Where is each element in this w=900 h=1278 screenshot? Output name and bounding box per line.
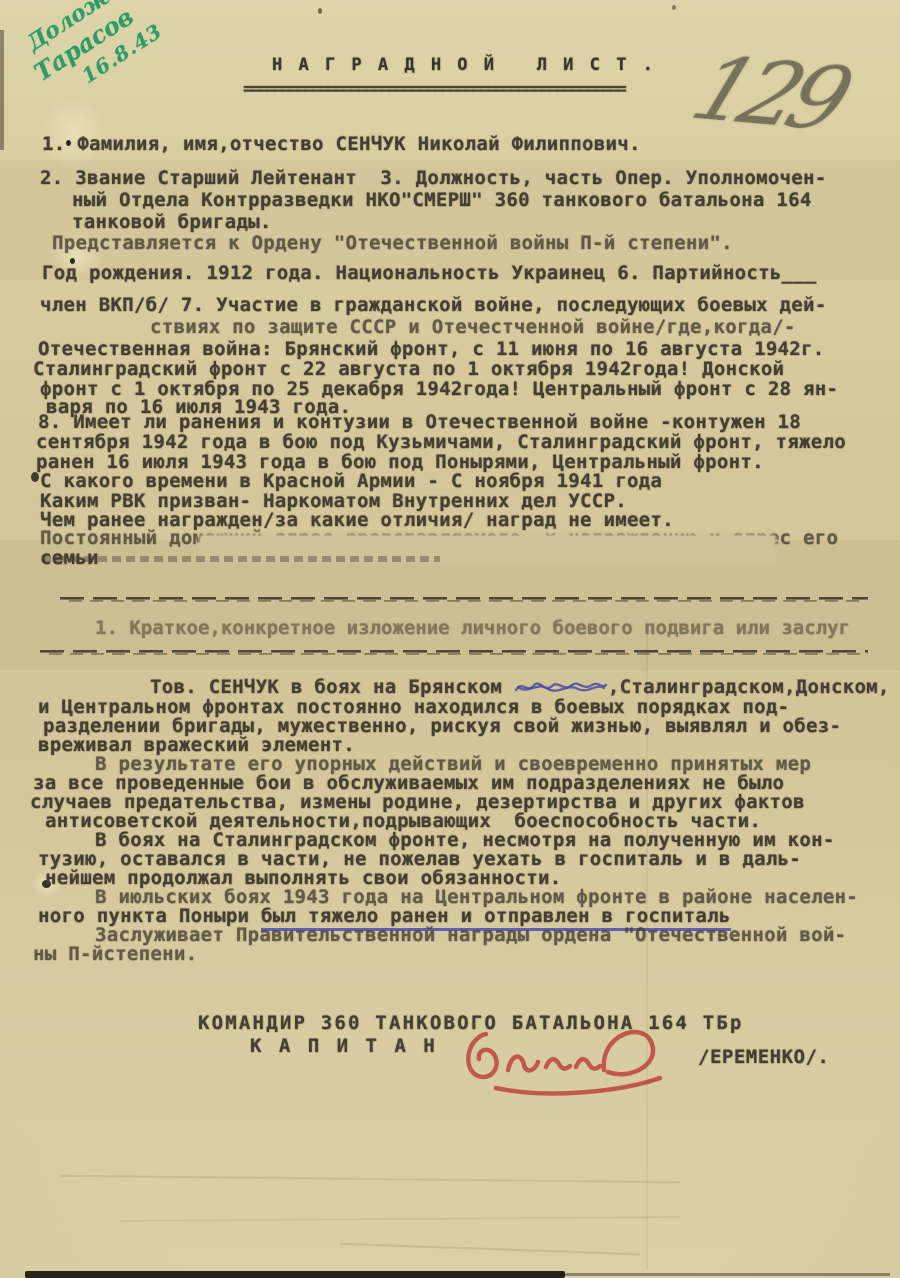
document-title: Н А Г Р А Д Н О Й Л И С Т . — [272, 55, 656, 75]
body-first-pre: Тов. СЕНЧУК в боях на Брянском — [150, 676, 514, 698]
signature-rank-line: К А П И Т А Н — [250, 1035, 438, 1057]
typed-line: Год рождения. 1912 года. Национальность … — [42, 262, 817, 284]
typed-line: член ВКП/б/ 7. Участие в гражданской вой… — [40, 294, 827, 316]
typed-line: танковой бригады. — [72, 211, 272, 233]
typed-line: ный Отдела Контрразведки НКО"СМЕРШ" 360 … — [72, 189, 812, 211]
typed-line: Тов. СЕНЧУК в боях на Брянском ,Сталингр… — [150, 676, 890, 698]
typed-line: Сталинградский фронт с 22 августа по 1 о… — [33, 358, 784, 380]
ink-scribble — [514, 678, 608, 695]
typed-line: ствиях по защите СССР и Отечестченной во… — [150, 316, 796, 338]
ink-speck — [31, 472, 39, 482]
signature-name: /ЕРЕМЕНКО/. — [698, 1046, 829, 1068]
clipped-text-remnant — [42, 556, 440, 562]
typed-line: 8. Имеет ли ранения и контузии в Отечест… — [38, 411, 801, 433]
typed-line: 1. Фамилия, имя,отчество СЕНЧУК Николай … — [42, 133, 641, 155]
body-first-post: ,Сталинградском,Донском, — [608, 676, 890, 698]
ink-speck — [672, 5, 676, 10]
title-underline-rule: ========================================… — [243, 79, 629, 98]
typed-line: сентября 1942 года в бою под Кузьмичами,… — [36, 431, 846, 453]
typed-line: Представляется к Ордену "Отечественной в… — [52, 232, 733, 254]
typed-line: Заслуживает Правительственной награды ор… — [95, 924, 846, 946]
typed-line: 2. Звание Старший Лейтенант 3. Должность… — [40, 167, 827, 189]
signature-red-ink — [452, 1012, 702, 1107]
typed-line: ны П-йстепени. — [33, 943, 197, 965]
typed-line: Отечественная война: Брянский фронт, с 1… — [38, 338, 825, 360]
section-heading: 1. Краткое,конкретное изложение личного … — [95, 617, 850, 639]
ink-speck — [318, 8, 322, 14]
typed-line: С какого времени в Красной Армии - С ноя… — [40, 470, 662, 492]
